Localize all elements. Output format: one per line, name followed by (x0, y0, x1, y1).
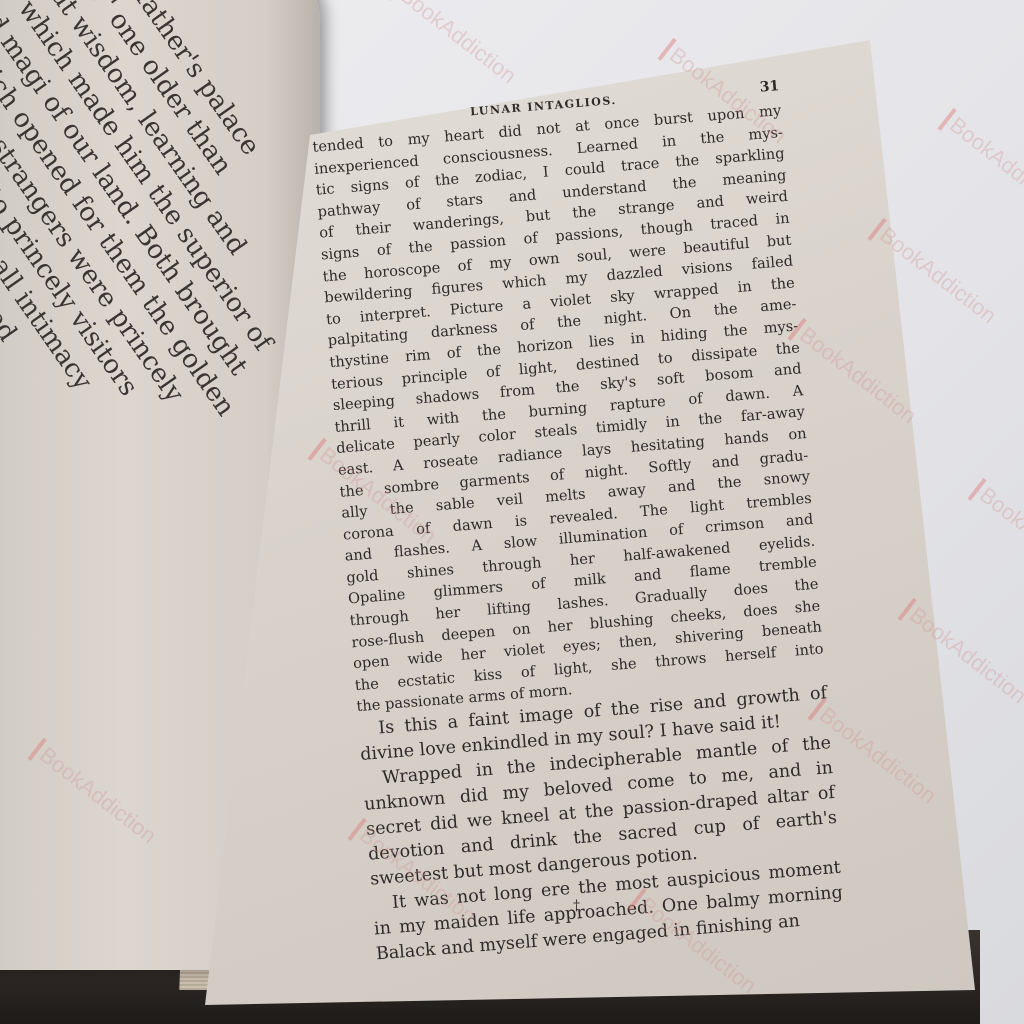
paragraph-1: tended to my heart did not at once burst… (312, 100, 826, 718)
page-number: 31 (759, 78, 780, 95)
right-page-content: LUNAR INTAGLIOS. 31 tended to my heart d… (310, 78, 846, 967)
signature-mark: † (573, 898, 580, 914)
